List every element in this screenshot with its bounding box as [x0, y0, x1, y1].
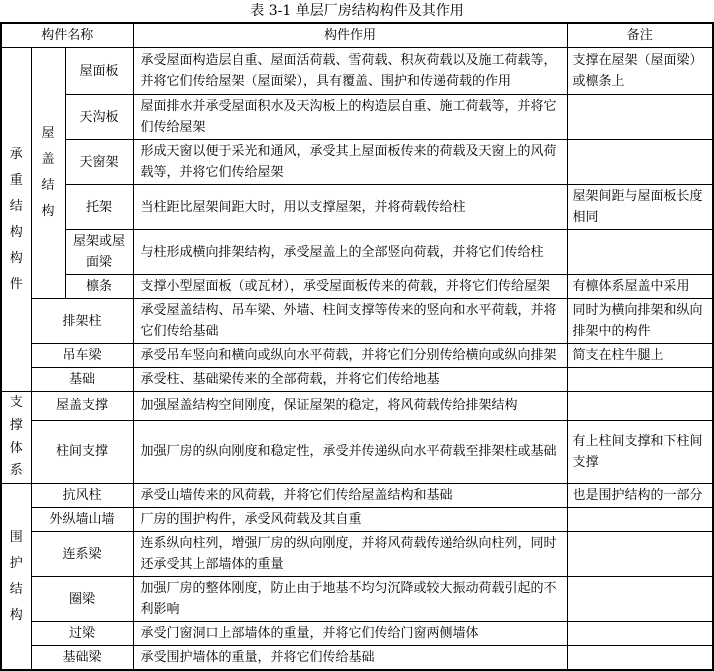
component-name: 屋盖支撑	[31, 392, 133, 421]
component-function: 加强厂房的整体刚度，防止由于地基不均匀沉降或较大振动荷载引起的不利影响	[133, 577, 567, 622]
component-remark	[567, 230, 713, 275]
component-remark	[567, 532, 713, 577]
component-remark	[567, 392, 713, 421]
component-function: 承受门窗洞口上部墙体的重量，并将它们传给门窗两侧墙体	[133, 622, 567, 646]
component-remark	[567, 95, 713, 140]
component-name: 屋架或屋面梁	[65, 230, 133, 275]
section-label-text: 承重结构构件	[9, 142, 24, 298]
section-label-bracing-system: 支撑体系	[1, 392, 31, 484]
component-remark: 屋架间距与屋面板长度相同	[567, 185, 713, 230]
table-row: 支撑体系 屋盖支撑 加强屋盖结构空间刚度，保证屋架的稳定，将风荷载传给排架结构	[1, 392, 713, 421]
component-remark: 支撑在屋架（屋面梁）或檩条上	[567, 48, 713, 95]
component-remark	[567, 508, 713, 532]
section-label-text: 支撑体系	[9, 392, 24, 483]
component-remark	[567, 646, 713, 671]
header-row: 构件名称 构件作用 备注	[1, 23, 713, 48]
table-row: 连系梁 连系纵向柱列，增强厂房的纵向刚度，并将风荷载传递给纵向柱列，同时还承受其…	[1, 532, 713, 577]
component-function: 承受吊车竖向和横向或纵向水平荷载，并将它们分别传给横向或纵向排架	[133, 344, 567, 368]
component-function: 承受屋盖结构、吊车梁、外墙、柱间支撑等传来的竖向和水平荷载，并将它们传给基础	[133, 299, 567, 344]
component-remark	[567, 140, 713, 185]
table-row: 天窗架 形成天窗以便于采光和通风，承受其上屋面板传来的荷载及天窗上的风荷载等，并…	[1, 140, 713, 185]
header-remark: 备注	[567, 23, 713, 48]
component-remark	[567, 368, 713, 392]
component-name: 天沟板	[65, 95, 133, 140]
section-label-enclosure-structure: 围护结构	[1, 484, 31, 671]
table-row: 托架 当柱距比屋架间距大时，用以支撑屋架，并将荷载传给柱 屋架间距与屋面板长度相…	[1, 185, 713, 230]
component-name: 基础	[31, 368, 133, 392]
section-label-load-bearing: 承重结构构件	[1, 48, 31, 392]
component-name: 圈梁	[31, 577, 133, 622]
component-function: 厂房的围护构件，承受风荷载及其自重	[133, 508, 567, 532]
component-function: 形成天窗以便于采光和通风，承受其上屋面板传来的荷载及天窗上的风荷载等，并将它们传…	[133, 140, 567, 185]
component-remark: 有上柱间支撑和下柱间支撑	[567, 420, 713, 483]
component-function: 承受围护墙体的重量，并将它们传给基础	[133, 646, 567, 671]
component-name: 过梁	[31, 622, 133, 646]
component-function: 加强屋盖结构空间刚度，保证屋架的稳定，将风荷载传给排架结构	[133, 392, 567, 421]
component-function: 承受山墙传来的风荷载，并将它们传给屋盖结构和基础	[133, 484, 567, 508]
document-page: 表 3-1 单层厂房结构构件及其作用 构件名称 构件作用 备注 承重结构构件 屋…	[0, 0, 714, 671]
table-row: 天沟板 屋面排水并承受屋面积水及天沟板上的构造层自重、施工荷载等，并将它们传给屋…	[1, 95, 713, 140]
components-table: 构件名称 构件作用 备注 承重结构构件 屋盖结构 屋面板 承受屋面构造层自重、屋…	[0, 22, 714, 671]
component-name: 基础梁	[31, 646, 133, 671]
header-component-function: 构件作用	[133, 23, 567, 48]
component-remark: 简支在柱牛腿上	[567, 344, 713, 368]
header-component-name: 构件名称	[1, 23, 133, 48]
table-row: 承重结构构件 屋盖结构 屋面板 承受屋面构造层自重、屋面活荷载、雪荷载、积灰荷载…	[1, 48, 713, 95]
subsection-label-roof-structure: 屋盖结构	[31, 48, 65, 299]
table-row: 圈梁 加强厂房的整体刚度，防止由于地基不均匀沉降或较大振动荷载引起的不利影响	[1, 577, 713, 622]
component-name: 屋面板	[65, 48, 133, 95]
component-function: 承受屋面构造层自重、屋面活荷载、雪荷载、积灰荷载以及施工荷载等，并将它们传给屋架…	[133, 48, 567, 95]
table-row: 过梁 承受门窗洞口上部墙体的重量，并将它们传给门窗两侧墙体	[1, 622, 713, 646]
table-row: 排架柱 承受屋盖结构、吊车梁、外墙、柱间支撑等传来的竖向和水平荷载，并将它们传给…	[1, 299, 713, 344]
component-name: 柱间支撑	[31, 420, 133, 483]
component-remark	[567, 622, 713, 646]
component-name: 檩条	[65, 275, 133, 299]
subsection-label-text: 屋盖结构	[41, 121, 56, 225]
component-name: 托架	[65, 185, 133, 230]
component-remark: 也是围护结构的一部分	[567, 484, 713, 508]
table-title: 表 3-1 单层厂房结构构件及其作用	[0, 0, 714, 22]
component-function: 承受柱、基础梁传来的全部荷载，并将它们传给地基	[133, 368, 567, 392]
component-function: 与柱形成横向排架结构，承受屋盖上的全部竖向荷载，并将它们传给柱	[133, 230, 567, 275]
component-name: 抗风柱	[31, 484, 133, 508]
table-row: 基础 承受柱、基础梁传来的全部荷载，并将它们传给地基	[1, 368, 713, 392]
component-function: 加强厂房的纵向刚度和稳定性，承受并传递纵向水平荷载至排架柱或基础	[133, 420, 567, 483]
component-function: 当柱距比屋架间距大时，用以支撑屋架，并将荷载传给柱	[133, 185, 567, 230]
component-name: 外纵墙山墙	[31, 508, 133, 532]
component-function: 连系纵向柱列，增强厂房的纵向刚度，并将风荷载传递给纵向柱列，同时还承受其上部墙体…	[133, 532, 567, 577]
component-function: 支撑小型屋面板（或瓦材），承受屋面板传来的荷载，并将它们传给屋架	[133, 275, 567, 299]
component-remark: 同时为横向排架和纵向排架中的构件	[567, 299, 713, 344]
table-row: 屋架或屋面梁 与柱形成横向排架结构，承受屋盖上的全部竖向荷载，并将它们传给柱	[1, 230, 713, 275]
table-row: 围护结构 抗风柱 承受山墙传来的风荷载，并将它们传给屋盖结构和基础 也是围护结构…	[1, 484, 713, 508]
table-row: 吊车梁 承受吊车竖向和横向或纵向水平荷载，并将它们分别传给横向或纵向排架 简支在…	[1, 344, 713, 368]
component-remark	[567, 577, 713, 622]
section-label-text: 围护结构	[9, 525, 24, 629]
table-row: 檩条 支撑小型屋面板（或瓦材），承受屋面板传来的荷载，并将它们传给屋架 有檩体系…	[1, 275, 713, 299]
component-function: 屋面排水并承受屋面积水及天沟板上的构造层自重、施工荷载等，并将它们传给屋架	[133, 95, 567, 140]
component-name: 天窗架	[65, 140, 133, 185]
table-row: 柱间支撑 加强厂房的纵向刚度和稳定性，承受并传递纵向水平荷载至排架柱或基础 有上…	[1, 420, 713, 483]
component-remark: 有檩体系屋盖中采用	[567, 275, 713, 299]
component-name: 连系梁	[31, 532, 133, 577]
table-row: 基础梁 承受围护墙体的重量，并将它们传给基础	[1, 646, 713, 671]
component-name: 吊车梁	[31, 344, 133, 368]
component-name: 排架柱	[31, 299, 133, 344]
table-row: 外纵墙山墙 厂房的围护构件，承受风荷载及其自重	[1, 508, 713, 532]
